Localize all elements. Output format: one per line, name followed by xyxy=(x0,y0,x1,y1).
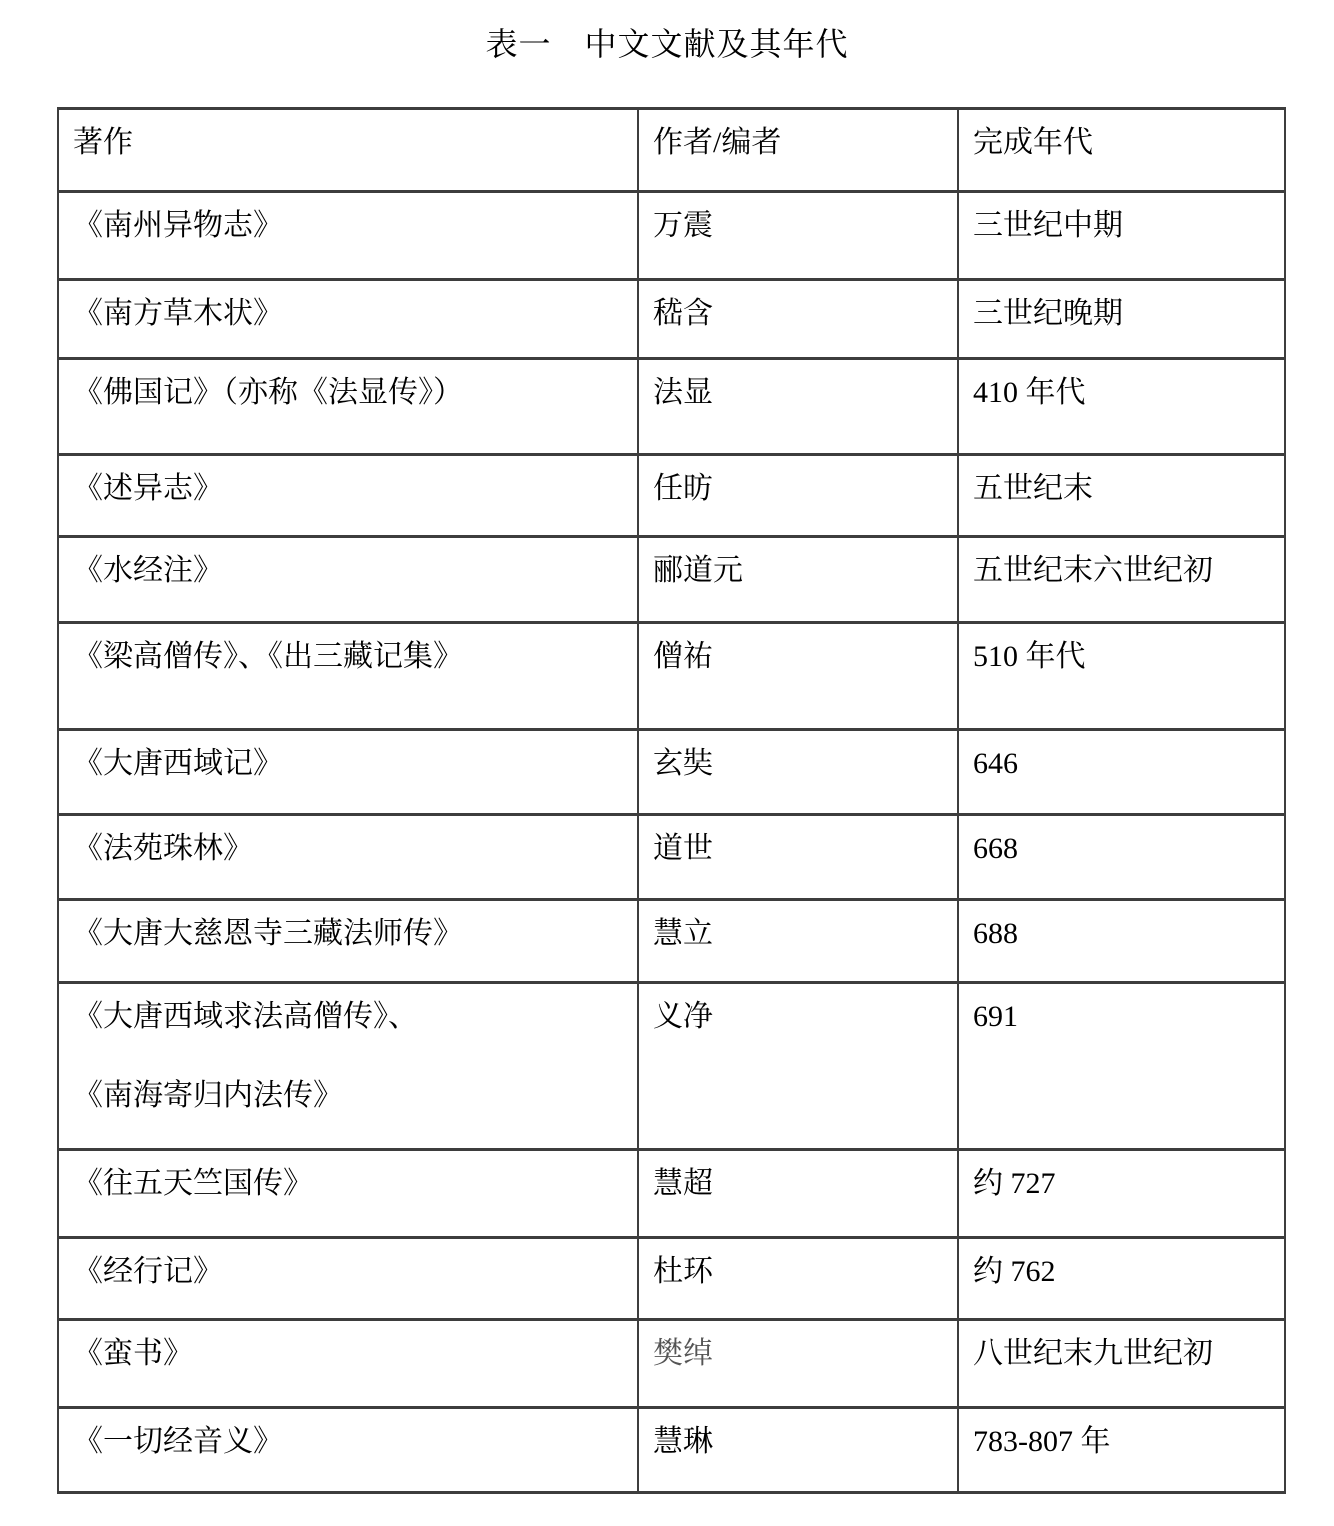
table-row: 《梁高僧传》、《出三藏记集》 僧祐 510 年代 xyxy=(58,623,1285,730)
work-title-line2: 《南海寄归内法传》 xyxy=(73,1074,625,1117)
work-cell: 《大唐西域求法高僧传》、 《南海寄归内法传》 xyxy=(58,983,638,1150)
author-cell: 万震 xyxy=(638,192,958,280)
work-cell: 《梁高僧传》、《出三藏记集》 xyxy=(58,623,638,730)
work-cell: 《述异志》 xyxy=(58,455,638,537)
date-cell: 约 762 xyxy=(958,1238,1285,1320)
author-cell: 嵇含 xyxy=(638,280,958,359)
work-cell: 《水经注》 xyxy=(58,537,638,623)
work-cell: 《一切经音义》 xyxy=(58,1408,638,1493)
author-cell: 僧祐 xyxy=(638,623,958,730)
author-cell: 玄奘 xyxy=(638,730,958,815)
table-row: 《往五天竺国传》 慧超 约 727 xyxy=(58,1150,1285,1238)
date-cell: 410 年代 xyxy=(958,359,1285,455)
author-cell: 慧超 xyxy=(638,1150,958,1238)
header-row: 著作 作者/编者 完成年代 xyxy=(58,109,1285,192)
table-row: 《南方草木状》 嵇含 三世纪晚期 xyxy=(58,280,1285,359)
author-cell: 义净 xyxy=(638,983,958,1150)
author-cell: 郦道元 xyxy=(638,537,958,623)
table-row: 《大唐西域求法高僧传》、 《南海寄归内法传》 义净 691 xyxy=(58,983,1285,1150)
table-row: 《水经注》 郦道元 五世纪末六世纪初 xyxy=(58,537,1285,623)
column-header-author: 作者/编者 xyxy=(638,109,958,192)
author-cell: 杜环 xyxy=(638,1238,958,1320)
date-cell: 510 年代 xyxy=(958,623,1285,730)
table-row: 《大唐大慈恩寺三藏法师传》 慧立 688 xyxy=(58,900,1285,983)
table-row: 《南州异物志》 万震 三世纪中期 xyxy=(58,192,1285,280)
date-cell: 783-807 年 xyxy=(958,1408,1285,1493)
author-cell: 法显 xyxy=(638,359,958,455)
table-title: 表一 中文文献及其年代 xyxy=(0,22,1334,66)
work-cell: 《大唐西域记》 xyxy=(58,730,638,815)
date-cell: 约 727 xyxy=(958,1150,1285,1238)
date-cell: 646 xyxy=(958,730,1285,815)
author-cell: 慧立 xyxy=(638,900,958,983)
author-cell: 樊绰 xyxy=(638,1320,958,1408)
work-cell: 《大唐大慈恩寺三藏法师传》 xyxy=(58,900,638,983)
column-header-work: 著作 xyxy=(58,109,638,192)
work-cell: 《法苑珠林》 xyxy=(58,815,638,900)
table-row: 《蛮书》 樊绰 八世纪末九世纪初 xyxy=(58,1320,1285,1408)
literature-table: 著作 作者/编者 完成年代 《南州异物志》 万震 三世纪中期 《南方草木状》 嵇… xyxy=(57,107,1286,1494)
work-cell: 《往五天竺国传》 xyxy=(58,1150,638,1238)
date-cell: 三世纪中期 xyxy=(958,192,1285,280)
date-cell: 五世纪末 xyxy=(958,455,1285,537)
date-cell: 688 xyxy=(958,900,1285,983)
document-page: 表一 中文文献及其年代 著作 作者/编者 完成年代 《南州异物志》 万震 三世纪… xyxy=(0,0,1334,1526)
author-cell: 道世 xyxy=(638,815,958,900)
date-cell: 668 xyxy=(958,815,1285,900)
column-header-date: 完成年代 xyxy=(958,109,1285,192)
table-row: 《述异志》 任昉 五世纪末 xyxy=(58,455,1285,537)
work-cell: 《南州异物志》 xyxy=(58,192,638,280)
table-row: 《大唐西域记》 玄奘 646 xyxy=(58,730,1285,815)
work-cell: 《蛮书》 xyxy=(58,1320,638,1408)
date-cell: 691 xyxy=(958,983,1285,1150)
work-cell: 《佛国记》（亦称《法显传》） xyxy=(58,359,638,455)
date-cell: 三世纪晚期 xyxy=(958,280,1285,359)
table-row: 《一切经音义》 慧琳 783-807 年 xyxy=(58,1408,1285,1493)
table-row: 《佛国记》（亦称《法显传》） 法显 410 年代 xyxy=(58,359,1285,455)
work-cell: 《南方草木状》 xyxy=(58,280,638,359)
date-cell: 八世纪末九世纪初 xyxy=(958,1320,1285,1408)
work-cell: 《经行记》 xyxy=(58,1238,638,1320)
date-cell: 五世纪末六世纪初 xyxy=(958,537,1285,623)
author-cell: 慧琳 xyxy=(638,1408,958,1493)
author-cell: 任昉 xyxy=(638,455,958,537)
table-row: 《经行记》 杜环 约 762 xyxy=(58,1238,1285,1320)
work-title-line1: 《大唐西域求法高僧传》、 xyxy=(73,995,625,1038)
table-row: 《法苑珠林》 道世 668 xyxy=(58,815,1285,900)
